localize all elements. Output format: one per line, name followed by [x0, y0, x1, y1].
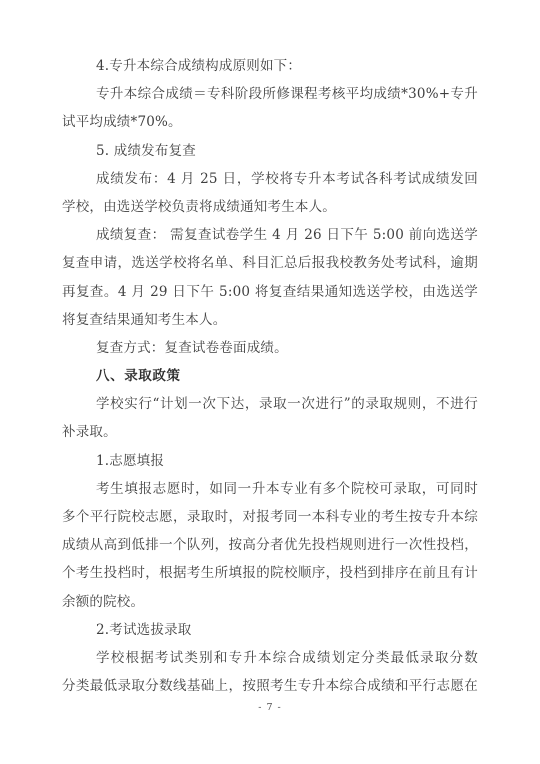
text-line: 个考生投档时，根据考生所填报的院校顺序，投档到排序在前且有计划 [62, 559, 478, 587]
text-line: 多个平行院校志愿，录取时，对报考同一本科专业的考生按专升本综合 [62, 503, 478, 531]
section-heading: 八、录取政策 [62, 362, 478, 390]
text-line: 将复查结果通知考生本人。 [62, 306, 478, 334]
document-page: 4.专升本综合成绩构成原则如下：专升本综合成绩＝专科阶段所修课程考核平均成绩*3… [0, 0, 540, 764]
text-line: 学校，由选送学校负责将成绩通知考生本人。 [62, 193, 478, 221]
text-line: 1.志愿填报 [62, 447, 478, 475]
text-line: 2.考试选拔录取 [62, 616, 478, 644]
text-line: 补录取。 [62, 418, 478, 446]
text-line: 学校根据考试类别和专升本综合成绩划定分类最低录取分数线，在 [62, 644, 478, 672]
text-line: 学校实行“计划一次下达，录取一次进行”的录取规则，不进行递 [62, 390, 478, 418]
text-line: 成绩从高到低排一个队列，按高分者优先投档规则进行一次性投档，每 [62, 531, 478, 559]
text-line: 5. 成绩发布复查 [62, 137, 478, 165]
text-line: 复查方式：复查试卷卷面成绩。 [62, 334, 478, 362]
page-number: - 7 - [0, 700, 540, 716]
text-line: 再复查。4 月 29 日下午 5:00 将复查结果通知选送学校，由选送学校负责 [62, 278, 478, 306]
text-line: 试平均成绩*70%。 [62, 108, 478, 136]
text-line: 4.专升本综合成绩构成原则如下： [62, 52, 478, 80]
text-line: 考生填报志愿时，如同一升本专业有多个院校可录取，可同时填报 [62, 475, 478, 503]
text-line: 专升本综合成绩＝专科阶段所修课程考核平均成绩*30%+专升本考 [62, 80, 478, 108]
text-line: 成绩复查： 需复查试卷学生 4 月 26 日下午 5:00 前向选送学校提交 [62, 221, 478, 249]
text-line: 余额的院校。 [62, 588, 478, 616]
text-line: 成绩发布：4 月 25 日，学校将专升本考试各科考试成绩发回各选送 [62, 165, 478, 193]
text-line: 复查申请，选送学校将名单、科目汇总后报我校教务处考试科，逾期不 [62, 249, 478, 277]
document-body: 4.专升本综合成绩构成原则如下：专升本综合成绩＝专科阶段所修课程考核平均成绩*3… [62, 52, 478, 700]
text-line: 分类最低录取分数线基础上，按照考生专升本综合成绩和平行志愿在录 [62, 672, 478, 700]
